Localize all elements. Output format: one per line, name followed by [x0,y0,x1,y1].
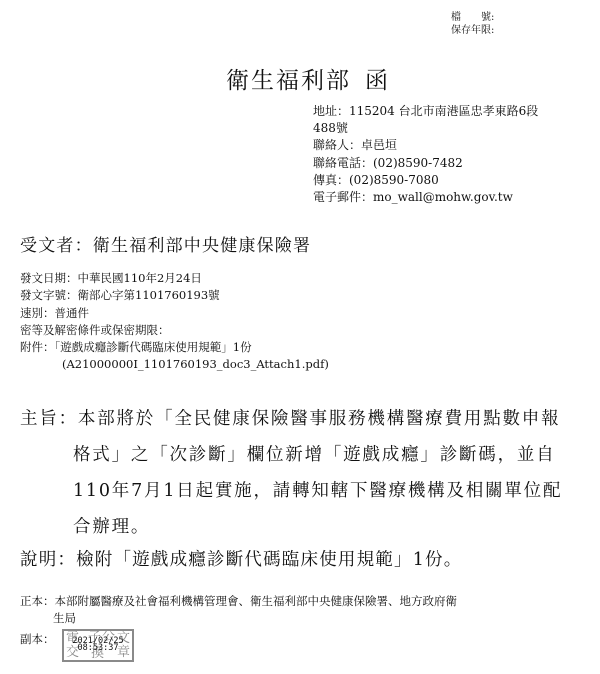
stamp-time: 08:53:37 [64,644,132,652]
subject-line-1: 主旨：本部將於「全民健康保險醫事服務機構醫療費用點數申報 [20,401,562,437]
subject-line-4: 合辦理。 [20,509,562,545]
copy-recipients-label: 副本： [20,631,55,647]
document-type: 函 [365,68,390,94]
issue-date: 發文日期：中華民國110年2月24日 [20,270,329,287]
original-recipients-line-2: 生局 [20,610,457,627]
issue-number: 發文字號：衛部心字第1101760193號 [20,287,329,304]
document-metadata: 發文日期：中華民國110年2月24日 發文字號：衛部心字第1101760193號… [20,270,329,374]
retention-period-label: 保存年限: [451,24,494,37]
contact-phone: 聯絡電話：(02)8590-7482 [313,155,538,172]
delivery-speed: 速別：普通件 [20,305,329,322]
contact-fax: 傳真：(02)8590-7080 [313,172,538,189]
electronic-exchange-stamp: 電 子 公 文 交 換 章 2021/02/25 08:53:37 [62,629,134,662]
original-recipients-line-1: 正本：本部附屬醫療及社會福利機構管理會、衛生福利部中央健康保險署、地方政府衛 [20,593,457,610]
contact-email: 電子郵件：mo_wall@mohw.gov.tw [313,189,538,206]
attachment: 附件：「遊戲成癮診斷代碼臨床使用規範」1份 [20,339,329,356]
subject-line-3: 110年7月1日起實施，請轉知轄下醫療機構及相關單位配 [20,473,562,509]
explanation-section: 說明：檢附「遊戲成癮診斷代碼臨床使用規範」1份。 [20,546,462,571]
agency-name: 衛生福利部 [226,68,351,94]
document-title: 衛生福利部函 [226,62,390,95]
file-number-label: 檔 號: [451,11,494,24]
subject-line-2: 格式」之「次診斷」欄位新增「遊戲成癮」診斷碼，並自 [20,437,562,473]
address-line-2: 488號 [313,120,538,137]
contact-person: 聯絡人：卓邑垣 [313,137,538,154]
confidentiality-level: 密等及解密條件或保密期限： [20,322,329,339]
sender-contact-block: 地址：115204 台北市南港區忠孝東路6段 488號 聯絡人：卓邑垣 聯絡電話… [313,103,538,206]
address-line-1: 地址：115204 台北市南港區忠孝東路6段 [313,103,538,120]
recipient-line: 受文者：衛生福利部中央健康保險署 [20,231,311,256]
subject-section: 主旨：本部將於「全民健康保險醫事服務機構醫療費用點數申報 格式」之「次診斷」欄位… [20,401,562,545]
original-recipients: 正本：本部附屬醫療及社會福利機構管理會、衛生福利部中央健康保險署、地方政府衛 生… [20,593,457,627]
file-info-block: 檔 號: 保存年限: [451,11,494,37]
attachment-file-link[interactable]: (A21000000I_1101760193_doc3_Attach1.pdf) [20,356,329,373]
